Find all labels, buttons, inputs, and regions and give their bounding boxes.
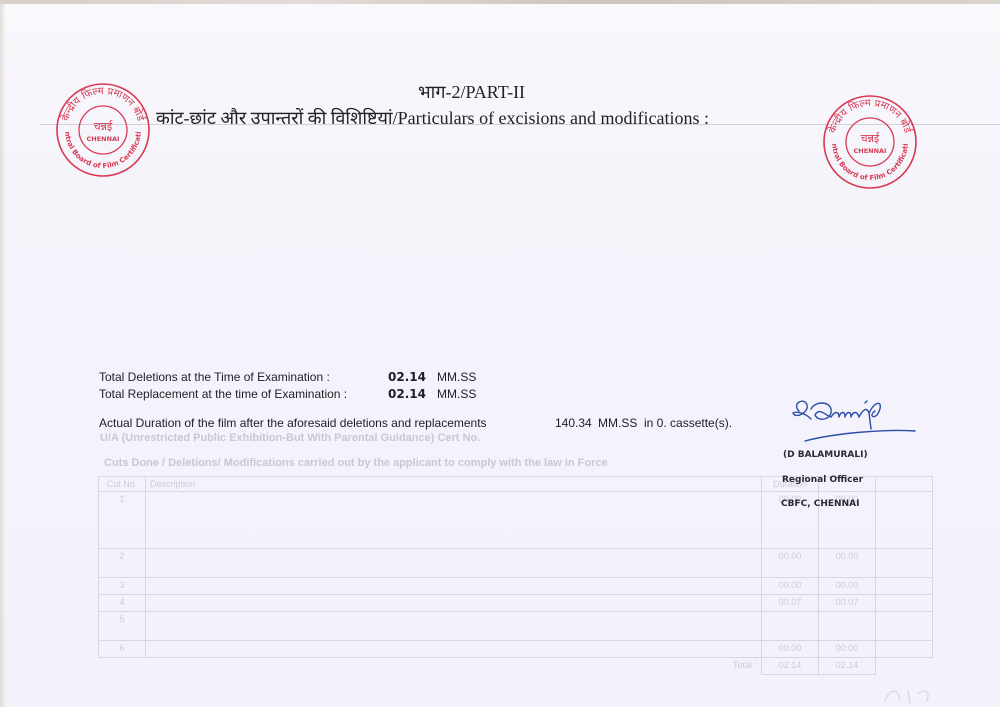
total-replacement-label: Total Replacement at the time of Examina… bbox=[99, 387, 347, 401]
table-row: 3 00.00 00.00 bbox=[99, 578, 933, 595]
total-deletions-value: 02.14 bbox=[388, 370, 426, 384]
signature bbox=[785, 393, 920, 443]
paper-edge bbox=[0, 0, 1000, 4]
total-replacement-row: Total Replacement at the time of Examina… bbox=[99, 387, 347, 401]
table-row: 5 bbox=[99, 612, 933, 641]
show-through-certificate-line: U/A (Unrestricted Public Exhibition-But … bbox=[100, 432, 480, 444]
seal-icon: केन्द्रीय फिल्म प्रमाणन बोर्ड Central Bo… bbox=[820, 92, 920, 192]
svg-text:केन्द्रीय फिल्म प्रमाणन बोर्ड: केन्द्रीय फिल्म प्रमाणन बोर्ड bbox=[59, 86, 147, 124]
table-row: 6 00.00 00.00 bbox=[99, 641, 933, 658]
section-heading: कांट-छांट और उपान्तरों की विशिष्टियां/Pa… bbox=[156, 106, 709, 130]
signatory-title: Regional Officer bbox=[782, 475, 863, 485]
svg-text:CHENNAI: CHENNAI bbox=[87, 135, 120, 143]
svg-text:CHENNAI: CHENNAI bbox=[854, 147, 887, 155]
total-deletions-unit: MM.SS bbox=[437, 370, 476, 384]
handwritten-mark-icon bbox=[880, 686, 940, 706]
total-replacement-value: 02.14 bbox=[388, 387, 426, 401]
signatory-name: (D BALAMURALI) bbox=[783, 450, 868, 460]
actual-duration-label: Actual Duration of the film after the af… bbox=[99, 416, 487, 430]
part-title: भाग-2/PART-II bbox=[418, 80, 525, 104]
seal-icon: केन्द्रीय फिल्म प्रमाणन बोर्ड Central Bo… bbox=[53, 80, 153, 180]
table-row: 4 00.07 00.07 bbox=[99, 595, 933, 612]
total-deletions-label: Total Deletions at the Time of Examinati… bbox=[99, 370, 330, 384]
cbfc-stamp-left: केन्द्रीय फिल्म प्रमाणन बोर्ड Central Bo… bbox=[53, 80, 153, 180]
show-through-cuts-heading: Cuts Done / Deletions/ Modifications car… bbox=[104, 457, 608, 469]
table-total-row: Total : 02.14 02.14 bbox=[99, 658, 933, 675]
cassette-count: in 0. cassette(s). bbox=[644, 416, 732, 430]
svg-text:केन्द्रीय फिल्म प्रमाणन बोर्ड: केन्द्रीय फिल्म प्रमाणन बोर्ड bbox=[826, 98, 914, 136]
svg-text:चन्नई: चन्नई bbox=[94, 120, 114, 133]
actual-duration-value: 140.34 bbox=[555, 416, 592, 430]
actual-duration-row: Actual Duration of the film after the af… bbox=[99, 416, 487, 430]
paper-edge-left bbox=[0, 0, 6, 707]
actual-duration-unit: MM.SS bbox=[598, 416, 637, 430]
total-deletions-row: Total Deletions at the Time of Examinati… bbox=[99, 370, 330, 384]
document-page: U/A (Unrestricted Public Exhibition-But … bbox=[0, 0, 1000, 707]
cbfc-stamp-right: केन्द्रीय फिल्म प्रमाणन बोर्ड Central Bo… bbox=[820, 92, 920, 192]
signature-icon bbox=[785, 393, 920, 443]
total-replacement-unit: MM.SS bbox=[437, 387, 476, 401]
svg-text:चन्नई: चन्नई bbox=[861, 132, 881, 145]
col-cut-no: Cut No. bbox=[99, 477, 146, 492]
signatory-office: CBFC, CHENNAI bbox=[781, 499, 859, 509]
table-row: 2 00.00 00.00 bbox=[99, 549, 933, 578]
col-extra bbox=[876, 477, 933, 492]
col-description: Description bbox=[146, 477, 762, 492]
